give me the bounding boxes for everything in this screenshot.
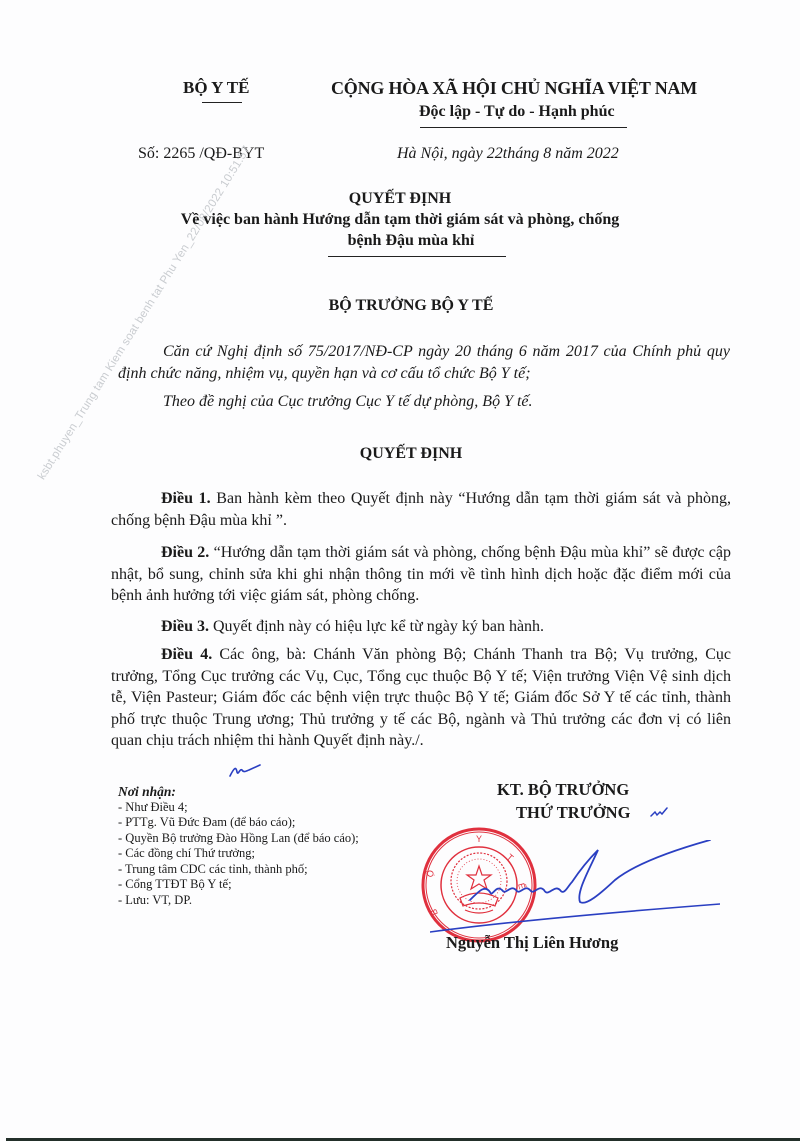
handwritten-initial-icon (228, 762, 262, 778)
article-label: Điều 1. (161, 490, 211, 507)
organization-name: BỘ Y TẾ (183, 78, 249, 98)
article-3: Điều 3. Quyết định này có hiệu lực kể từ… (111, 616, 731, 638)
recipient-item: - Lưu: VT, DP. (118, 893, 359, 909)
signer-role-line-1: KT. BỘ TRƯỞNG (497, 780, 629, 800)
decision-heading: QUYẾT ĐỊNH (0, 445, 800, 463)
recipient-item: - Các đồng chí Thứ trưởng; (118, 846, 359, 862)
organization-underline (202, 102, 242, 103)
authority-title: BỘ TRƯỞNG BỘ Y TẾ (0, 297, 800, 315)
document-page: BỘ Y TẾ CỘNG HÒA XÃ HỘI CHỦ NGHĨA VIỆT N… (0, 0, 800, 1141)
handwritten-initial-icon (650, 805, 668, 819)
article-1: Điều 1. Ban hành kèm theo Quyết định này… (111, 488, 731, 531)
handwritten-signature-icon (430, 840, 720, 940)
recipient-item: - Quyền Bộ trưởng Đào Hồng Lan (để báo c… (118, 831, 359, 847)
article-2: Điều 2. “Hướng dẫn tạm thời giám sát và … (111, 542, 731, 607)
document-date: Hà Nội, ngày 22tháng 8 năm 2022 (397, 145, 619, 163)
document-type-title: QUYẾT ĐỊNH (0, 190, 800, 208)
recipient-item: - Cổng TTĐT Bộ Y tế; (118, 877, 359, 893)
article-text: Quyết định này có hiệu lực kể từ ngày ký… (209, 618, 544, 635)
motto-underline (420, 127, 627, 128)
article-4: Điều 4. Các ông, bà: Chánh Văn phòng Bộ;… (111, 644, 731, 752)
national-motto: Độc lập - Tự do - Hạnh phúc (419, 103, 615, 121)
article-label: Điều 3. (161, 618, 209, 635)
recipients-title: Nơi nhận: (118, 784, 359, 800)
nation-title: CỘNG HÒA XÃ HỘI CHỦ NGHĨA VIỆT NAM (331, 78, 697, 99)
recipient-item: - Như Điều 4; (118, 800, 359, 816)
article-label: Điều 2. (161, 544, 209, 561)
recipient-item: - Trung tâm CDC các tỉnh, thành phố; (118, 862, 359, 878)
legal-basis-2: Theo đề nghị của Cục trưởng Cục Y tế dự … (163, 391, 533, 413)
recipient-item: - PTTg. Vũ Đức Đam (để báo cáo); (118, 815, 359, 831)
subject-underline (328, 256, 506, 257)
article-label: Điều 4. (161, 646, 212, 663)
document-subject-line-2: bệnh Đậu mùa khỉ (0, 232, 800, 250)
recipients-list: Nơi nhận: - Như Điều 4; - PTTg. Vũ Đức Đ… (118, 784, 359, 908)
signer-name: Nguyễn Thị Liên Hương (446, 933, 618, 953)
legal-basis-1: Căn cứ Nghị định số 75/2017/NĐ-CP ngày 2… (118, 341, 730, 384)
document-subject-line-1: Về việc ban hành Hướng dẫn tạm thời giám… (0, 211, 800, 229)
signer-role-line-2: THỨ TRƯỞNG (516, 803, 630, 823)
